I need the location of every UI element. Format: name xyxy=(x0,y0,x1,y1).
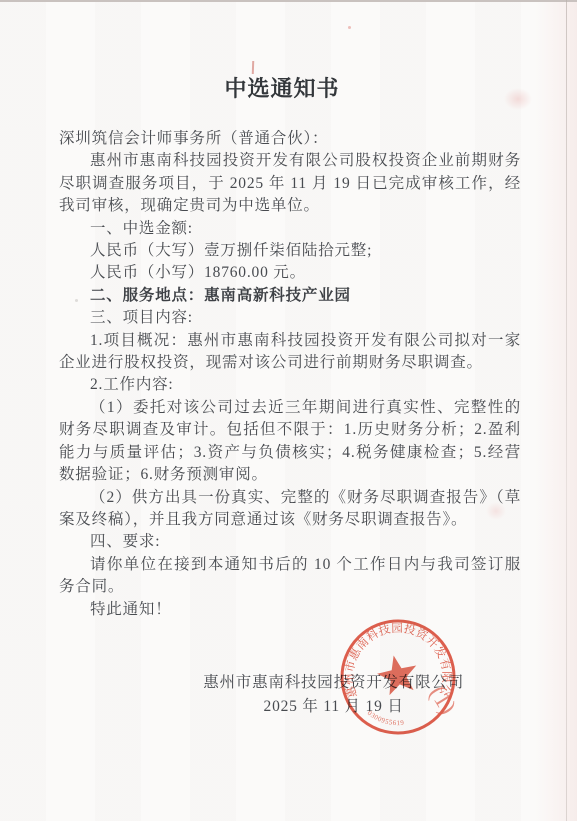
scan-edge-right xyxy=(566,0,567,821)
amount-figures: 人民币（小写）18760.00 元。 xyxy=(59,262,521,284)
salutation: 深圳筑信会计师事务所（普通合伙）： xyxy=(59,128,521,150)
work-item-1: （1）委托对该公司过去近三年期间进行真实性、完整性的财务尽职调查及审计。包括但不… xyxy=(59,397,521,487)
paragraph-intro: 惠州市惠南科技园投资开发有限公司股权投资企业前期财务尽职调查服务项目，于 202… xyxy=(59,150,521,217)
document-page: 中选通知书 深圳筑信会计师事务所（普通合伙）： 惠州市惠南科技园投资开发有限公司… xyxy=(0,0,577,821)
page-title: 中选通知书 xyxy=(0,72,564,103)
signature-company: 惠州市惠南科技园投资开发有限公司 xyxy=(203,671,464,695)
heading-work: 2.工作内容: xyxy=(59,374,521,396)
project-overview: 1.项目概况：惠州市惠南科技园投资开发有限公司拟对一家企业进行股权投资，现需对该… xyxy=(59,330,521,375)
document-body: 深圳筑信会计师事务所（普通合伙）： 惠州市惠南科技园投资开发有限公司股权投资企业… xyxy=(59,128,521,621)
heading-requirements: 四、要求: xyxy=(59,531,521,553)
requirement-text: 请你单位在接到本通知书后的 10 个工作日内与我司签订服务合同。 xyxy=(59,554,521,599)
work-item-2: （2）供方出具一份真实、完整的《财务尽职调查报告》（草案及终稿），并且我方同意通… xyxy=(59,487,521,532)
closing-notice: 特此通知！ xyxy=(59,599,521,621)
signature-block: 惠州市惠南科技园投资开发有限公司 2025 年 11 月 19 日 xyxy=(203,671,464,718)
heading-amount: 一、中选金额: xyxy=(59,218,521,240)
heading-content: 三、项目内容: xyxy=(59,307,521,329)
amount-words: 人民币（大写）壹万捌仟柒佰陆拾元整; xyxy=(59,240,521,262)
scan-artifact-speck xyxy=(348,26,351,29)
heading-location: 二、服务地点：惠南高新科技产业园 xyxy=(59,285,521,307)
signature-date: 2025 年 11 月 19 日 xyxy=(203,695,464,719)
scan-edge-top xyxy=(0,0,577,2)
